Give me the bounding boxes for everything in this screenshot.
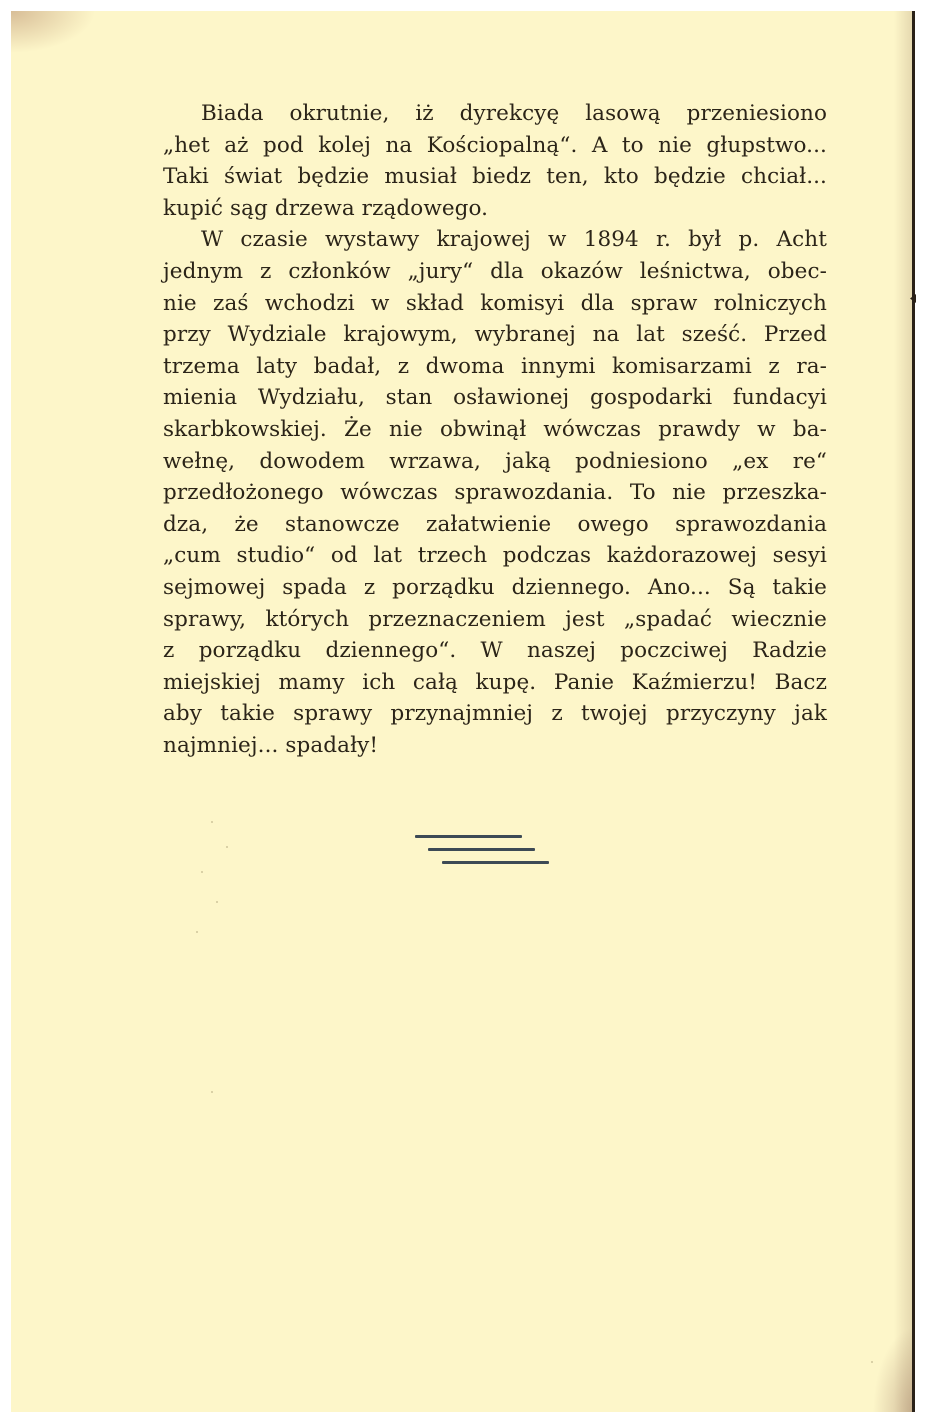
text-line: przedłożonego wówczas sprawozdania. To n…: [163, 477, 827, 509]
paper-speckle: [211, 821, 213, 823]
text-line: jednym z członków „jury“ dla okazów leśn…: [163, 256, 827, 288]
paper-speckle: [871, 1361, 873, 1363]
text-line: miejskiej mamy ich całą kupę. Panie Kaźm…: [163, 667, 827, 699]
text-line: z porządku dziennego“. W naszej poczciwe…: [163, 635, 827, 667]
text-line: kupić sąg drzewa rządowego.: [163, 193, 827, 225]
paper-speckle: [211, 1091, 213, 1093]
text-line: Taki świat będzie musiał biedz ten, kto …: [163, 161, 827, 193]
paper-speckle: [201, 871, 203, 873]
paper-speckle: [216, 901, 218, 903]
text-line: przy Wydziale krajowym, wybranej na lat …: [163, 319, 827, 351]
ornament-rule: [428, 848, 535, 851]
paper-speckle: [196, 931, 198, 933]
text-line: W czasie wystawy krajowej w 1894 r. był …: [163, 224, 827, 256]
text-line: nie zaś wchodzi w skład komisyi dla spra…: [163, 288, 827, 320]
text-line: sprawy, których przeznaczeniem jest „spa…: [163, 604, 827, 636]
text-line: skarbkowskiej. Że nie obwinął wówczas pr…: [163, 414, 827, 446]
text-line: sejmowej spada z porządku dziennego. Ano…: [163, 572, 827, 604]
body-text: Biada okrutnie, iż dyrekcyę lasową przen…: [163, 98, 827, 761]
ornament-rule: [415, 835, 522, 838]
text-line: wełnę, dowodem wrzawa, jaką podniesiono …: [163, 446, 827, 478]
text-line: „het aż pod kolej na Kościopalną“. A to …: [163, 130, 827, 162]
text-line: „cum studio“ od lat trzech podczas każdo…: [163, 540, 827, 572]
paragraph-1: Biada okrutnie, iż dyrekcyę lasową przen…: [163, 98, 827, 224]
book-page: Biada okrutnie, iż dyrekcyę lasową przen…: [11, 11, 915, 1412]
text-line: aby takie sprawy przynajmniej z twojej p…: [163, 698, 827, 730]
text-line: najmniej... spadały!: [163, 730, 827, 762]
text-line: dza, że stanowcze załatwienie owego spra…: [163, 509, 827, 541]
text-line: trzema laty badał, z dwoma innymi komisa…: [163, 351, 827, 383]
paragraph-2: W czasie wystawy krajowej w 1894 r. był …: [163, 224, 827, 761]
ornament-rule: [442, 861, 549, 864]
paper-speckle: [226, 846, 228, 848]
page-edge-mark: [910, 294, 916, 303]
text-line: mienia Wydziału, stan osławionej gospoda…: [163, 382, 827, 414]
text-line: Biada okrutnie, iż dyrekcyę lasową przen…: [163, 98, 827, 130]
